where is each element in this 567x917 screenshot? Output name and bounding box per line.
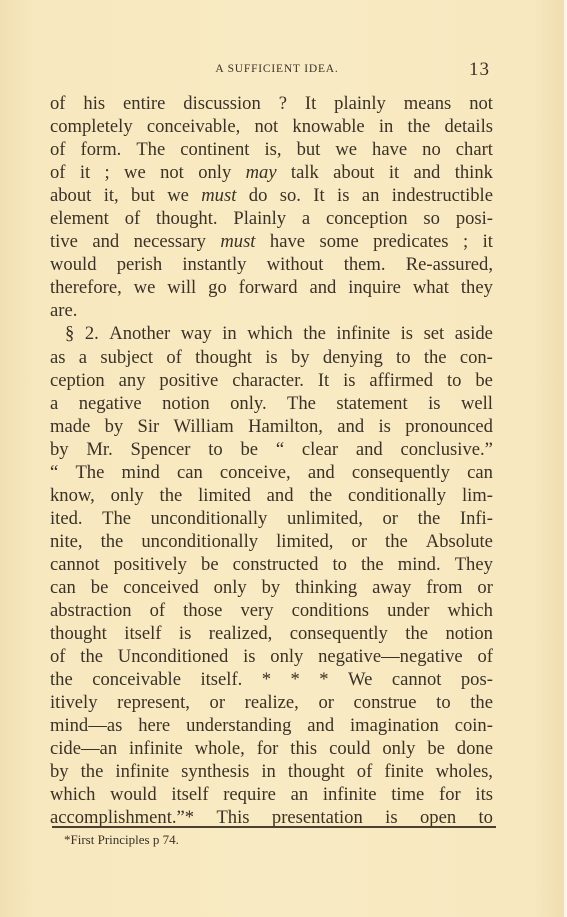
word: infinite: [115, 760, 169, 783]
text-line: mind—ashereunderstandingandimaginationco…: [50, 714, 493, 737]
word: instantly: [182, 253, 246, 276]
word: cannot: [50, 553, 100, 576]
word: Re-assured,: [406, 253, 493, 276]
text-line: theconceivableitself.***Wecannotpos-: [50, 668, 493, 691]
word: to: [436, 691, 450, 714]
word: therefore,: [50, 276, 122, 299]
word: the: [418, 507, 441, 530]
word: conceive,: [220, 461, 291, 484]
word: and: [308, 461, 335, 484]
word: about: [50, 184, 91, 207]
word: affirmed: [369, 369, 433, 392]
word: is: [428, 392, 440, 415]
text-line: completelyconceivable,notknowableinthede…: [50, 115, 493, 138]
page-header: A SUFFICIENT IDEA. 13: [50, 59, 490, 83]
text-line: know,onlythelimitedandtheconditionallyli…: [50, 484, 493, 507]
word: have: [270, 230, 305, 253]
word: a: [302, 207, 310, 230]
word: forward: [239, 276, 298, 299]
word: of: [50, 161, 66, 184]
word: some: [319, 230, 358, 253]
book-page: A SUFFICIENT IDEA. 13 ofhisentirediscuss…: [0, 0, 567, 917]
word: positively: [114, 553, 187, 576]
word: conceived: [123, 576, 198, 599]
word: know,: [50, 484, 95, 507]
word: is: [378, 415, 390, 438]
text-line: tiveandnecessarymusthavesomepredicates;i…: [50, 230, 493, 253]
word: to: [208, 438, 222, 461]
running-title: A SUFFICIENT IDEA.: [50, 63, 490, 75]
body-text: ofhisentirediscussion?Itplainlymeansnotc…: [50, 92, 493, 830]
word: We: [348, 668, 372, 691]
word: “: [50, 461, 58, 484]
text-line: wouldperishinstantlywithoutthem.Re-assur…: [50, 253, 493, 276]
word: Absolute: [426, 530, 493, 553]
word: negative: [79, 392, 142, 415]
word: element: [50, 207, 109, 230]
word: his: [83, 92, 105, 115]
word: §: [65, 322, 74, 345]
word: abstraction: [50, 599, 132, 622]
word: indestructible: [392, 184, 493, 207]
word: the: [160, 484, 183, 507]
word: thought: [195, 346, 252, 369]
word: The: [102, 507, 131, 530]
word: which: [247, 322, 292, 345]
word: can: [50, 576, 76, 599]
word: by: [262, 576, 281, 599]
word: the: [80, 645, 103, 668]
word: about: [333, 161, 374, 184]
text-line: itivelyrepresent,orrealize,orconstruetot…: [50, 691, 493, 714]
word: must: [201, 184, 236, 207]
word: Spencer: [131, 438, 191, 461]
word: ited.: [50, 507, 83, 530]
word: way: [181, 322, 212, 345]
word: must: [220, 230, 255, 253]
word: is: [401, 322, 413, 345]
word: thought.: [156, 207, 217, 230]
word: notion: [445, 622, 493, 645]
text-line: nite,theunconditionallylimited,ortheAbso…: [50, 530, 493, 553]
word: consequently: [352, 461, 450, 484]
word: cannot: [392, 668, 442, 691]
word: wholes,: [436, 760, 493, 783]
word: or: [351, 530, 367, 553]
word: is: [179, 622, 191, 645]
word: represent,: [117, 691, 190, 714]
word: “: [276, 438, 284, 461]
page-number: 13: [469, 59, 490, 81]
word: infinite: [336, 322, 390, 345]
text-line: oftheUnconditionedisonlynegative—negativ…: [50, 645, 493, 668]
word: pos-: [461, 668, 493, 691]
word: necessary: [134, 230, 206, 253]
word: unlimited,: [287, 507, 363, 530]
word: lim-: [462, 484, 493, 507]
word: would: [50, 253, 96, 276]
word: only: [198, 161, 231, 184]
footnote-divider: [52, 826, 496, 828]
word: is: [343, 369, 355, 392]
word: only.: [230, 392, 267, 415]
word: inquire: [348, 276, 401, 299]
text-line: madebySirWilliamHamilton,andispronounced: [50, 415, 493, 438]
word: positive: [159, 369, 218, 392]
word: the: [309, 484, 332, 507]
word: subject: [100, 346, 153, 369]
word: The: [136, 138, 165, 161]
word: an: [291, 783, 309, 806]
word: nite,: [50, 530, 83, 553]
word: only: [214, 576, 247, 599]
word: go: [208, 276, 227, 299]
text-line: aboutit,butwemustdoso.Itisanindestructib…: [50, 184, 493, 207]
word: and: [267, 484, 294, 507]
word: time: [391, 783, 424, 806]
word: could: [329, 737, 370, 760]
word: whole,: [195, 737, 245, 760]
word: think: [455, 161, 493, 184]
word: them.: [344, 253, 386, 276]
text-line: ofit;wenotonlymaytalkaboutitandthink: [50, 161, 493, 184]
word: not: [254, 115, 278, 138]
word: of: [166, 346, 182, 369]
word: finite: [384, 760, 423, 783]
word: we: [124, 161, 146, 184]
word: cide—an: [50, 737, 117, 760]
word: limited: [198, 484, 251, 507]
word: a: [50, 392, 58, 415]
word: conception: [326, 207, 408, 230]
word: itself: [171, 783, 208, 806]
word: those: [183, 599, 222, 622]
word: a: [79, 346, 87, 369]
word: perish: [117, 253, 162, 276]
word: negative—negative: [318, 645, 463, 668]
word: ?: [279, 92, 287, 115]
text-line: ited.Theunconditionallyunlimited,ortheIn…: [50, 507, 493, 530]
word: itself: [124, 622, 161, 645]
word: It: [305, 92, 316, 115]
word: very: [240, 599, 273, 622]
word: ;: [105, 161, 110, 184]
word: They: [455, 553, 493, 576]
word: *: [262, 668, 271, 691]
word: aside: [455, 322, 493, 345]
word: of: [357, 760, 373, 783]
word: ception: [50, 369, 105, 392]
word: construe: [354, 691, 417, 714]
word: may: [246, 161, 277, 184]
word: the: [408, 115, 431, 138]
text-line: “Themindcanconceive,andconsequentlycan: [50, 461, 493, 484]
word: without: [267, 253, 324, 276]
word: is: [265, 346, 277, 369]
word: conclusive.”: [401, 438, 493, 461]
word: It: [318, 369, 329, 392]
word: an: [362, 184, 380, 207]
word: William: [174, 415, 234, 438]
word: as: [50, 346, 66, 369]
word: Hamilton,: [248, 415, 323, 438]
word: in: [261, 760, 275, 783]
word: from: [426, 576, 462, 599]
text-line: abstractionofthoseveryconditionsunderwhi…: [50, 599, 493, 622]
word: the: [424, 346, 447, 369]
word: by: [50, 760, 69, 783]
word: mind: [122, 461, 160, 484]
word: by: [291, 346, 310, 369]
word: conceivable: [92, 668, 181, 691]
word: and: [414, 161, 441, 184]
word: only: [382, 737, 415, 760]
word: discussion: [183, 92, 260, 115]
text-line: thoughtitselfisrealized,consequentlythen…: [50, 622, 493, 645]
word: chart: [456, 138, 493, 161]
word: have: [372, 138, 407, 161]
word: clear: [302, 438, 338, 461]
text-line: byMr.Spencertobe“clearandconclusive.”: [50, 438, 493, 461]
word: would: [110, 783, 156, 806]
text-line: whichwoulditselfrequireaninfinitetimefor…: [50, 783, 493, 806]
word: it: [483, 230, 493, 253]
text-line: §2.Anotherwayinwhichtheinfiniteissetasid…: [50, 322, 493, 345]
word: thinking: [295, 576, 357, 599]
word: and: [92, 230, 119, 253]
word: entire: [123, 92, 165, 115]
word: to: [332, 553, 346, 576]
word: conceivable,: [147, 115, 240, 138]
word: not: [160, 161, 184, 184]
word: itively: [50, 691, 98, 714]
word: limited,: [276, 530, 333, 553]
word: itself.: [200, 668, 242, 691]
word: it: [80, 161, 90, 184]
word: continent: [180, 138, 249, 161]
word: require: [223, 783, 276, 806]
word: Plainly: [233, 207, 286, 230]
word: in: [379, 115, 393, 138]
word: any: [119, 369, 146, 392]
word: the: [50, 668, 73, 691]
text-line: are.: [50, 299, 493, 322]
word: by: [105, 415, 124, 438]
word: mind.: [398, 553, 441, 576]
word: the: [470, 691, 493, 714]
word: or: [382, 507, 398, 530]
word: Unconditioned: [118, 645, 229, 668]
word: be: [475, 369, 493, 392]
text-line: elementofthought.Plainlyaconceptionsopos…: [50, 207, 493, 230]
word: *: [319, 668, 328, 691]
word: of: [50, 138, 66, 161]
word: in: [222, 322, 236, 345]
text-line: ofform.Thecontinentis,butwehavenochart: [50, 138, 493, 161]
word: synthesis: [181, 760, 249, 783]
word: be: [91, 576, 109, 599]
word: statement: [336, 392, 407, 415]
word: it: [389, 161, 399, 184]
word: infinite: [129, 737, 183, 760]
word: knowable: [292, 115, 364, 138]
word: can: [467, 461, 493, 484]
word: the: [405, 622, 428, 645]
word: Sir: [138, 415, 160, 438]
word: realize,: [245, 691, 299, 714]
word: what: [413, 276, 449, 299]
word: and: [337, 415, 364, 438]
word: or: [210, 691, 226, 714]
word: are.: [50, 299, 77, 322]
word: is,: [264, 138, 281, 161]
word: under: [387, 599, 429, 622]
word: mind—as: [50, 714, 122, 737]
text-line: ofhisentirediscussion?Itplainlymeansnot: [50, 92, 493, 115]
word: made: [50, 415, 90, 438]
word: *: [291, 668, 300, 691]
word: we: [167, 184, 189, 207]
word: completely: [50, 115, 133, 138]
word: but: [297, 138, 321, 161]
text-line: canbeconceivedonlybythinkingawayfromor: [50, 576, 493, 599]
word: only: [111, 484, 144, 507]
word: well: [461, 392, 493, 415]
word: the: [81, 760, 104, 783]
word: thought: [288, 760, 345, 783]
word: realized,: [209, 622, 272, 645]
word: we: [335, 138, 357, 161]
word: the: [361, 553, 384, 576]
word: unconditionally: [151, 507, 268, 530]
word: Mr.: [86, 438, 112, 461]
word: the: [101, 530, 124, 553]
word: be: [241, 438, 259, 461]
text-line: cannotpositivelybeconstructedtothemind.T…: [50, 553, 493, 576]
word: Another: [109, 322, 170, 345]
word: be: [427, 737, 445, 760]
word: of: [150, 599, 166, 622]
word: imagination: [350, 714, 439, 737]
word: of: [50, 645, 66, 668]
word: so.: [280, 184, 301, 207]
word: away: [372, 576, 411, 599]
word: talk: [291, 161, 319, 184]
word: The: [287, 392, 316, 415]
word: can: [177, 461, 203, 484]
word: is: [243, 645, 255, 668]
word: here: [138, 714, 170, 737]
word: for: [439, 783, 461, 806]
word: set: [424, 322, 445, 345]
word: not: [469, 92, 493, 115]
word: by: [50, 438, 69, 461]
text-line: asasubjectofthoughtisbydenyingtothecon-: [50, 346, 493, 369]
word: denying: [323, 346, 383, 369]
word: they: [461, 276, 493, 299]
word: and: [307, 714, 334, 737]
word: for: [257, 737, 279, 760]
word: or: [477, 576, 493, 599]
word: and: [356, 438, 383, 461]
word: is: [337, 184, 349, 207]
word: It: [313, 184, 324, 207]
text-line: bytheinfinitesynthesisinthoughtoffinitew…: [50, 760, 493, 783]
word: pronounced: [405, 415, 493, 438]
word: the: [385, 530, 408, 553]
word: and: [309, 276, 336, 299]
word: conditions: [292, 599, 369, 622]
text-line: ceptionanypositivecharacter.Itisaffirmed…: [50, 369, 493, 392]
footnote: *First Principles p 74.: [64, 832, 179, 848]
word: to: [396, 346, 410, 369]
word: which: [50, 783, 95, 806]
word: it,: [104, 184, 119, 207]
word: but: [131, 184, 155, 207]
word: of: [50, 92, 66, 115]
word: details: [444, 115, 493, 138]
word: the: [303, 322, 326, 345]
word: infinite: [323, 783, 377, 806]
word: no: [422, 138, 441, 161]
word: of: [477, 645, 493, 668]
word: means: [404, 92, 452, 115]
word: which: [447, 599, 492, 622]
word: character.: [232, 369, 304, 392]
word: done: [457, 737, 493, 760]
word: plainly: [334, 92, 386, 115]
word: will: [167, 276, 196, 299]
word: form.: [81, 138, 122, 161]
word: constructed: [233, 553, 319, 576]
word: ;: [463, 230, 468, 253]
word: do: [249, 184, 268, 207]
word: understanding: [186, 714, 291, 737]
word: only: [270, 645, 303, 668]
word: posi-: [456, 207, 493, 230]
word: coin-: [455, 714, 493, 737]
text-line: therefore,wewillgoforwardandinquirewhatt…: [50, 276, 493, 299]
word: con-: [460, 346, 493, 369]
text-line: cide—aninfinitewhole,forthiscouldonlybed…: [50, 737, 493, 760]
word: tive: [50, 230, 78, 253]
word: this: [290, 737, 317, 760]
word: to: [447, 369, 461, 392]
word: or: [318, 691, 334, 714]
word: its: [475, 783, 493, 806]
word: thought: [50, 622, 107, 645]
word: conditionally: [348, 484, 446, 507]
word: 2.: [85, 322, 99, 345]
word: be: [201, 553, 219, 576]
word: notion: [162, 392, 210, 415]
word: so: [423, 207, 440, 230]
word: Infi-: [460, 507, 493, 530]
word: The: [75, 461, 104, 484]
word: we: [134, 276, 156, 299]
word: of: [125, 207, 141, 230]
word: unconditionally: [141, 530, 258, 553]
text-line: anegativenotiononly.Thestatementiswell: [50, 392, 493, 415]
word: predicates: [373, 230, 448, 253]
word: consequently: [290, 622, 388, 645]
